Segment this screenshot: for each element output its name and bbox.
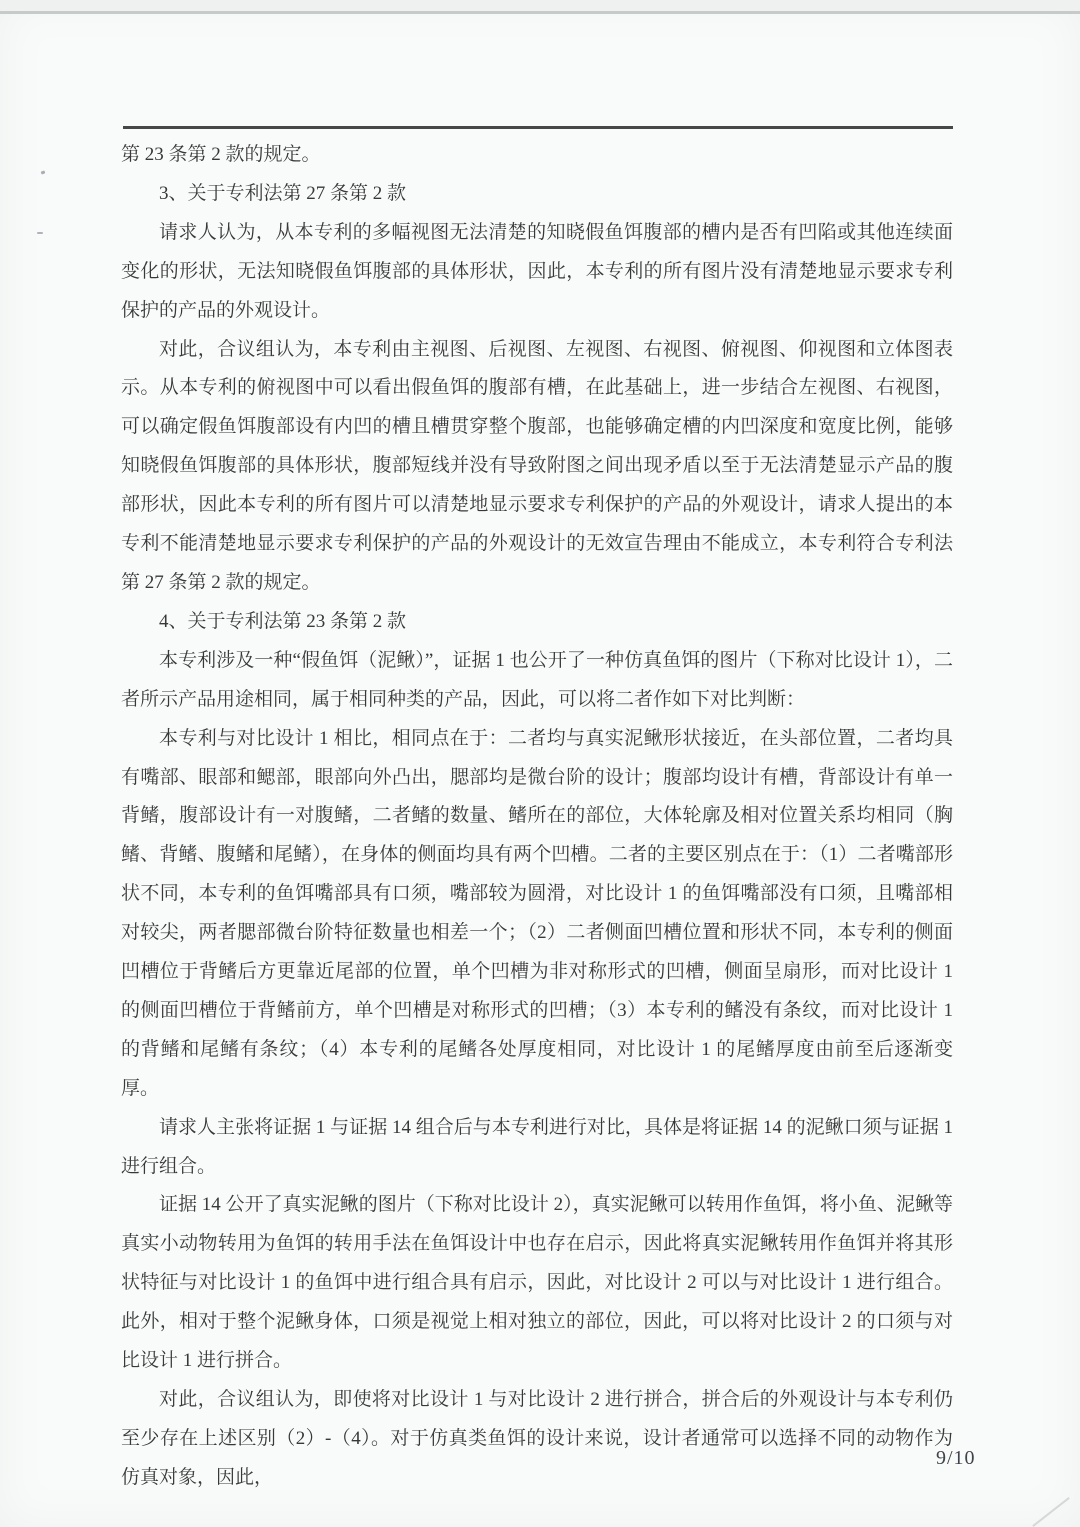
scan-corner-mark [1032, 1497, 1069, 1527]
paragraph: 请求人认为，从本专利的多幅视图无法清楚的知晓假鱼饵腹部的槽内是否有凹陷或其他连续… [121, 214, 953, 331]
scan-edge-band [0, 0, 1080, 11]
scan-speck [41, 170, 46, 174]
paragraph: 3、关于专利法第 27 条第 2 款 [121, 175, 953, 214]
scan-edge-line [0, 11, 1080, 14]
document-body: 第 23 条第 2 款的规定。3、关于专利法第 27 条第 2 款请求人认为，从… [121, 136, 953, 1498]
paragraph: 本专利涉及一种“假鱼饵（泥鳅）”，证据 1 也公开了一种仿真鱼饵的图片（下称对比… [121, 642, 953, 720]
header-rule [123, 126, 953, 129]
scan-speck [37, 232, 43, 234]
page-number: 9/10 [936, 1447, 976, 1470]
paragraph: 本专利与对比设计 1 相比，相同点在于：二者均与真实泥鳅形状接近，在头部位置，二… [121, 720, 953, 1109]
paragraph: 第 23 条第 2 款的规定。 [121, 136, 953, 175]
scanned-document-page: 第 23 条第 2 款的规定。3、关于专利法第 27 条第 2 款请求人认为，从… [0, 0, 1080, 1527]
paragraph: 对此，合议组认为，本专利由主视图、后视图、左视图、右视图、俯视图、仰视图和立体图… [121, 331, 953, 603]
paragraph: 请求人主张将证据 1 与证据 14 组合后与本专利进行对比，具体是将证据 14 … [121, 1109, 953, 1187]
paragraph: 对此，合议组认为，即使将对比设计 1 与对比设计 2 进行拼合，拼合后的外观设计… [121, 1381, 953, 1498]
paragraph: 4、关于专利法第 23 条第 2 款 [121, 603, 953, 642]
paragraph: 证据 14 公开了真实泥鳅的图片（下称对比设计 2），真实泥鳅可以转用作鱼饵，将… [121, 1186, 953, 1381]
